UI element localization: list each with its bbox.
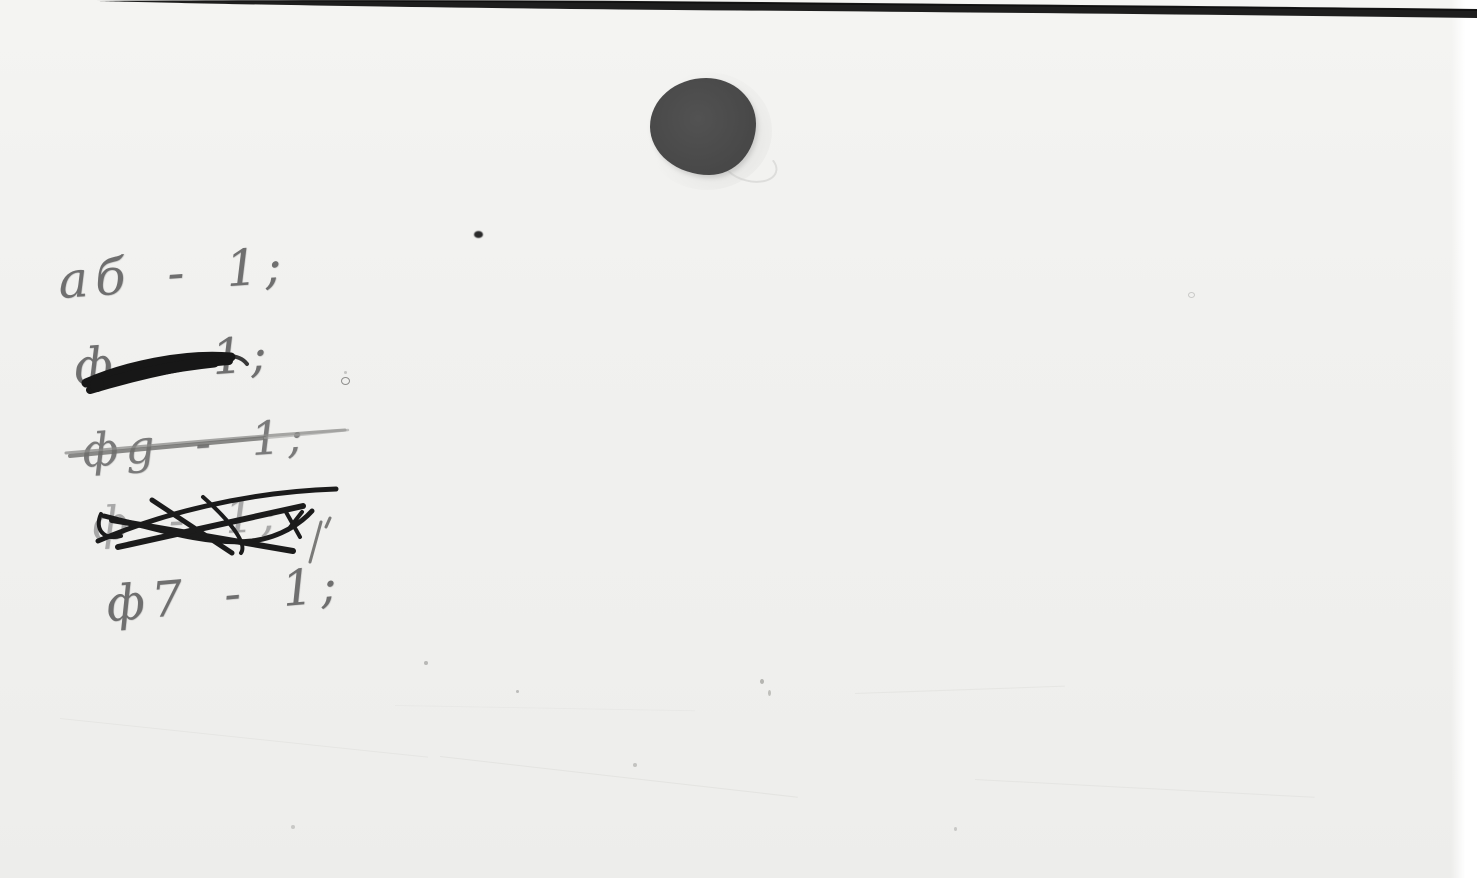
- paper-crease: [855, 686, 1065, 694]
- paper-speck: [424, 661, 428, 665]
- handwritten-line-3: фg - 1;: [80, 408, 311, 478]
- paper-speck: [768, 690, 771, 696]
- paper-speck: [633, 763, 637, 767]
- pencil-tick-line-4: [310, 518, 330, 562]
- paper-speck: [1188, 292, 1195, 298]
- paper-speck: [516, 690, 519, 693]
- paper-speck: [760, 679, 764, 684]
- handwritten-line-1: аб - 1;: [56, 236, 290, 310]
- handwritten-line-5: ф7 - 1;: [104, 556, 346, 634]
- ink-dot: [474, 231, 483, 238]
- scan-right-margin: [1451, 0, 1477, 878]
- paper-crease: [60, 718, 428, 758]
- card-top-edge-band: [0, 0, 1477, 26]
- paper-speck: [341, 377, 350, 385]
- handwritten-line-2: ф - 1;: [72, 325, 275, 396]
- paper-speck: [954, 827, 957, 831]
- paper-crease: [975, 779, 1315, 798]
- paper-crease: [440, 756, 798, 798]
- paper-crease: [395, 705, 695, 711]
- handwritten-line-4-scribbled: ф - 1;: [91, 487, 285, 551]
- scanned-card: аб - 1; ф - 1; фg - 1; ф - 1; ф7 - 1;: [0, 0, 1477, 878]
- paper-speck: [344, 371, 347, 374]
- paper-speck: [291, 825, 295, 829]
